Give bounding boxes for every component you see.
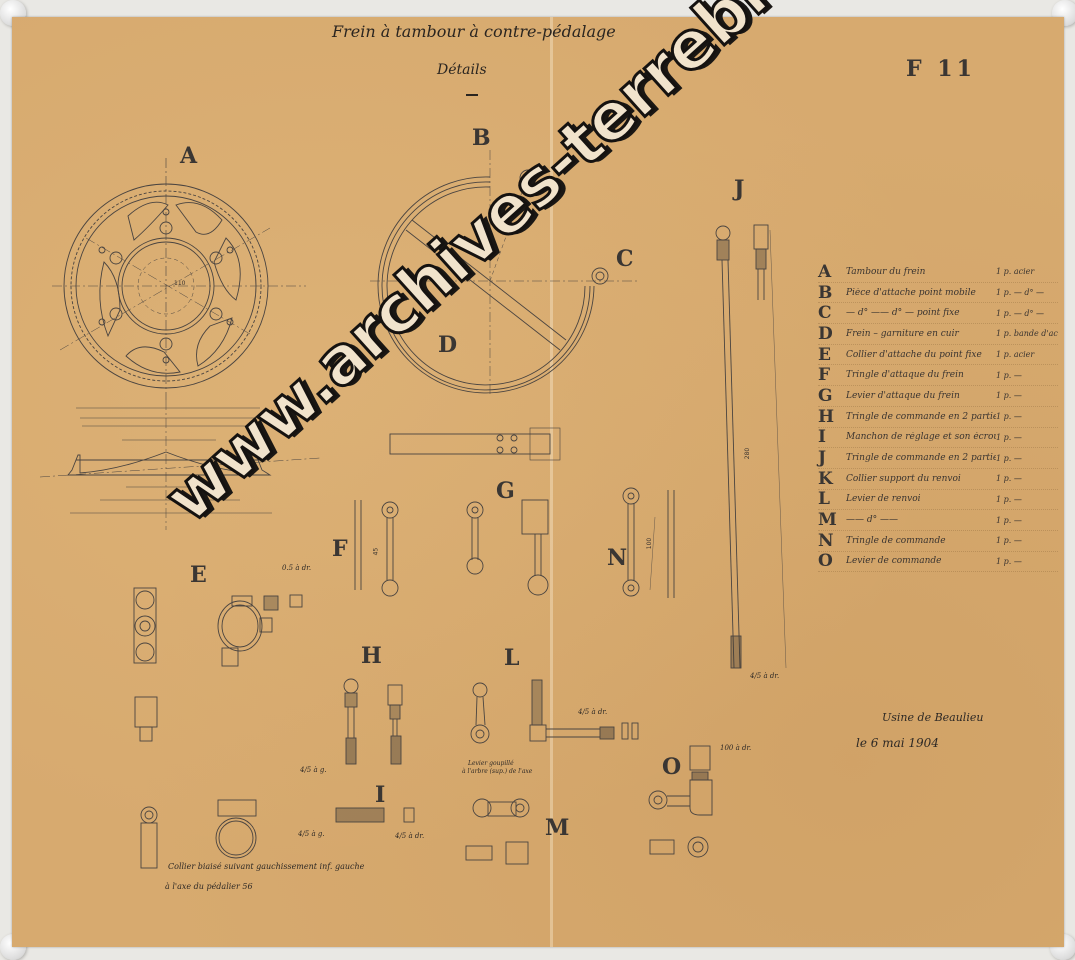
- legend-description: Collier d'attache du point fixe: [846, 350, 996, 360]
- part-g-vertical-links: [467, 502, 483, 574]
- legend-description: Tringle de commande en 2 parties: [846, 412, 996, 422]
- legend-description: Tringle d'attaque du frein: [846, 370, 996, 380]
- signature-date: le 6 mai 1904: [856, 736, 939, 750]
- note-collier: Collier biaisé suivant gauchissement inf…: [168, 862, 364, 871]
- part-e-collar: [134, 588, 302, 741]
- legend-quantity: 1 p. —: [996, 495, 1058, 504]
- legend-row: DFrein – garniture en cuir1 p. bande d'a…: [818, 324, 1058, 345]
- part-label-j: J: [734, 176, 744, 202]
- part-label-l: L: [504, 645, 519, 671]
- legend-description: Levier d'attaque du frein: [846, 391, 996, 401]
- legend-letter: O: [818, 551, 846, 571]
- legend-letter: J: [818, 448, 846, 468]
- legend-description: Tringle de commande en 2 parties: [846, 453, 996, 463]
- legend-quantity: 1 p. —: [996, 391, 1058, 400]
- part-label-d: D: [438, 332, 457, 358]
- part-label-m: M: [545, 815, 569, 841]
- legend-quantity: 1 p. —: [996, 557, 1058, 566]
- legend-quantity: 1 p. acier: [996, 267, 1058, 276]
- part-label-e: E: [190, 562, 207, 588]
- legend-description: Collier support du renvoi: [846, 474, 996, 484]
- legend-quantity: 1 p. —: [996, 412, 1058, 421]
- legend-description: Tambour du frein: [846, 267, 996, 277]
- legend-quantity: 1 p. acier: [996, 350, 1058, 359]
- note-levier-2: à l'arbre (sup.) de l'axe: [462, 768, 532, 775]
- legend-description: Manchon de réglage et son écrou: [846, 432, 996, 442]
- thread-e: 0.5 à dr.: [282, 564, 311, 572]
- part-label-o: O: [662, 754, 681, 780]
- thread-h: 4/5 à g.: [300, 766, 327, 774]
- note-levier: Levier goupillé: [468, 760, 514, 767]
- legend-description: Levier de renvoi: [846, 494, 996, 504]
- thread-l: 4/5 à dr.: [578, 708, 607, 716]
- legend-description: Tringle de commande: [846, 536, 996, 546]
- part-label-b: B: [472, 125, 491, 151]
- legend-quantity: 1 p. —: [996, 371, 1058, 380]
- signature-place: Usine de Beaulieu: [882, 711, 983, 724]
- legend-letter: L: [818, 489, 846, 509]
- part-g-lever: [390, 428, 560, 595]
- legend-quantity: 1 p. —: [996, 454, 1058, 463]
- legend-letter: B: [818, 283, 846, 303]
- part-label-g: G: [496, 478, 515, 504]
- part-m-lever: [466, 799, 529, 864]
- sheet-number: F 11: [906, 56, 976, 82]
- legend-description: —— d° ——: [846, 515, 996, 525]
- part-i-sleeve: [336, 808, 414, 822]
- part-label-i: I: [375, 782, 385, 808]
- part-h-rod: [344, 679, 402, 764]
- part-k-collar-support: [141, 800, 256, 868]
- thread-i-left: 4/5 à g.: [298, 830, 325, 838]
- legend-row: KCollier support du renvoi1 p. —: [818, 469, 1058, 490]
- legend-letter: N: [818, 531, 846, 551]
- legend-row: M—— d° ——1 p. —: [818, 510, 1058, 531]
- legend-row: FTringle d'attaque du frein1 p. —: [818, 365, 1058, 386]
- dim-n-length: 100: [646, 538, 653, 549]
- part-j-rod: [716, 225, 786, 668]
- legend-quantity: 1 p. — d° —: [996, 309, 1058, 318]
- legend-quantity: 1 p. — d° —: [996, 288, 1058, 297]
- legend-quantity: 1 p. —: [996, 516, 1058, 525]
- subtitle-underline: [466, 94, 478, 96]
- thread-o: 100 à dr.: [720, 744, 751, 752]
- dim-a-radius: 110: [174, 280, 185, 287]
- legend-letter: E: [818, 345, 846, 365]
- part-label-n: N: [607, 545, 627, 571]
- legend-row: ATambour du frein1 p. acier: [818, 262, 1058, 283]
- legend-row: IManchon de réglage et son écrou1 p. —: [818, 428, 1058, 449]
- legend-row: JTringle de commande en 2 parties1 p. —: [818, 448, 1058, 469]
- drawing-subtitle: Détails: [437, 62, 487, 78]
- note-pedalier: à l'axe du pédalier 56: [165, 882, 253, 891]
- drawing-title: Frein à tambour à contre-pédalage: [332, 22, 616, 41]
- legend-row: NTringle de commande1 p. —: [818, 531, 1058, 552]
- legend-quantity: 1 p. —: [996, 536, 1058, 545]
- legend-row: C— d° —— d° — point fixe1 p. — d° —: [818, 303, 1058, 324]
- legend-quantity: 1 p. —: [996, 474, 1058, 483]
- legend-letter: H: [818, 407, 846, 427]
- part-label-f: F: [332, 536, 348, 562]
- legend-description: Pièce d'attache point mobile: [846, 288, 996, 298]
- part-label-c: C: [616, 246, 634, 272]
- legend-letter: M: [818, 510, 846, 530]
- dim-f-length: 45: [372, 548, 379, 556]
- legend-letter: G: [818, 386, 846, 406]
- legend-letter: F: [818, 365, 846, 385]
- legend-description: Levier de commande: [846, 556, 996, 566]
- legend-row: GLevier d'attaque du frein1 p. —: [818, 386, 1058, 407]
- legend-row: ECollier d'attache du point fixe1 p. aci…: [818, 345, 1058, 366]
- parts-legend: ATambour du frein1 p. acier BPièce d'att…: [818, 262, 1058, 572]
- thread-j: 4/5 à dr.: [750, 672, 779, 680]
- legend-row: OLevier de commande1 p. —: [818, 552, 1058, 573]
- dim-j-length: 280: [744, 448, 751, 459]
- legend-letter: K: [818, 469, 846, 489]
- legend-row: BPièce d'attache point mobile1 p. — d° —: [818, 283, 1058, 304]
- legend-letter: A: [818, 262, 846, 282]
- legend-letter: C: [818, 303, 846, 323]
- part-label-h: H: [361, 643, 382, 669]
- legend-row: LLevier de renvoi1 p. —: [818, 490, 1058, 511]
- thread-i-right: 4/5 à dr.: [395, 832, 424, 840]
- legend-quantity: 1 p. —: [996, 433, 1058, 442]
- part-a-drum-front-view: [52, 158, 306, 400]
- legend-letter: I: [818, 427, 846, 447]
- legend-letter: D: [818, 324, 846, 344]
- legend-quantity: 1 p. bande d'acier: [996, 329, 1058, 338]
- part-l-lever: [471, 680, 638, 743]
- legend-description: Frein – garniture en cuir: [846, 329, 996, 339]
- part-label-a: A: [180, 143, 197, 169]
- legend-description: — d° —— d° — point fixe: [846, 308, 996, 318]
- legend-row: HTringle de commande en 2 parties1 p. —: [818, 407, 1058, 428]
